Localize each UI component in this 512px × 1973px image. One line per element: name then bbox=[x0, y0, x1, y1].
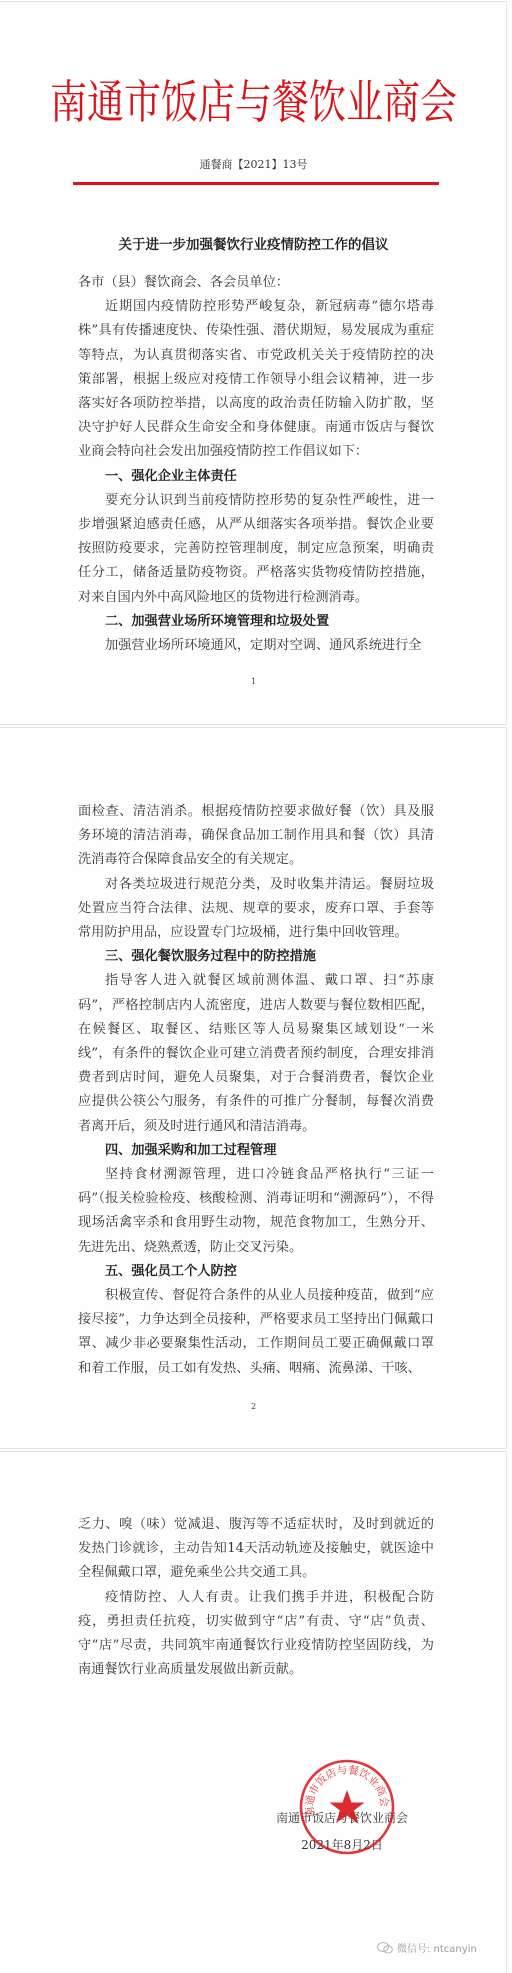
closing-paragraph: 疫情防控、人人有责。让我们携手并进，积极配合防疫，勇担责任抗疫，切实做到守“店”… bbox=[78, 1586, 434, 1683]
section-2-paragraph-start: 加强营业场所环境通风，定期对空调、通风系统进行全 bbox=[78, 634, 434, 658]
page-number: 1 bbox=[0, 677, 507, 686]
section-2-paragraph-2: 对各类垃圾进行规范分类，及时收集并清运。餐厨垃圾处置应当符合法律、法规、规章的要… bbox=[78, 873, 434, 946]
page1-body: 各市（县）餐饮商会、各会员单位： 近期国内疫情防控形势严峻复杂，新冠病毒“德尔塔… bbox=[78, 271, 434, 658]
org-masthead: 南通市饭店与餐饮业商会 bbox=[0, 64, 507, 132]
wechat-watermark: 微信号: ntcanyin bbox=[377, 1940, 477, 1955]
document-page-2: 面检查、清洁消杀。根据疫情防控要求做好餐（饮）具及服务环境的清洁消毒，确保食品加… bbox=[0, 727, 507, 1449]
section-heading-4: 四、加强采购和加工过程管理 bbox=[78, 1139, 434, 1163]
salutation: 各市（县）餐饮商会、各会员单位： bbox=[78, 271, 434, 295]
watermark-text: 微信号: ntcanyin bbox=[397, 1940, 477, 1955]
section-3-paragraph: 指导客人进入就餐区域前测体温、戴口罩、扫“苏康码”，严格控制店内人流密度，进店人… bbox=[78, 969, 434, 1138]
official-seal-icon: 南通市饭店与餐饮业商会 bbox=[297, 1757, 397, 1857]
document-page-3: 乏力、嗅（味）觉减退、腹泻等不适症状时，及时到就近的发热门诊就诊，主动告知14天… bbox=[0, 1451, 507, 1973]
page2-body: 面检查、清洁消杀。根据疫情防控要求做好餐（饮）具及服务环境的清洁消毒，确保食品加… bbox=[78, 800, 434, 1381]
intro-paragraph: 近期国内疫情防控形势严峻复杂，新冠病毒“德尔塔毒株”具有传播速度快、传染性强、潜… bbox=[78, 295, 434, 464]
section-1-paragraph: 要充分认识到当前疫情防控形势的复杂性严峻性，进一步增强紧迫感责任感，从严从细落实… bbox=[78, 489, 434, 610]
section-5-paragraph-start: 积极宣传、督促符合条件的从业人员接种疫苗，做到“应接尽接”，力争达到全员接种，严… bbox=[78, 1284, 434, 1381]
section-heading-3: 三、强化餐饮服务过程中的防控措施 bbox=[78, 945, 434, 969]
page3-body: 乏力、嗅（味）觉减退、腹泻等不适症状时，及时到就近的发热门诊就诊，主动告知14天… bbox=[78, 1513, 434, 1682]
document-page-1: 南通市饭店与餐饮业商会 通餐商【2021】13号 关于进一步加强餐饮行业疫情防控… bbox=[0, 1, 507, 725]
document-number: 通餐商【2021】13号 bbox=[0, 156, 507, 172]
section-heading-2: 二、加强营业场所环境管理和垃圾处置 bbox=[78, 610, 434, 634]
section-heading-5: 五、强化员工个人防控 bbox=[78, 1260, 434, 1284]
section-4-paragraph: 坚持食材溯源管理，进口冷链食品严格执行“三证一码”（报关检验检疫、核酸检测、消毒… bbox=[78, 1163, 434, 1260]
page-number: 2 bbox=[0, 1402, 507, 1411]
section-2-paragraph-cont: 面检查、清洁消杀。根据疫情防控要求做好餐（饮）具及服务环境的清洁消毒，确保食品加… bbox=[78, 800, 434, 873]
section-heading-1: 一、强化企业主体责任 bbox=[78, 465, 434, 489]
masthead-divider bbox=[73, 182, 439, 185]
wechat-icon bbox=[377, 1942, 393, 1954]
section-5-paragraph-cont: 乏力、嗅（味）觉减退、腹泻等不适症状时，及时到就近的发热门诊就诊，主动告知14天… bbox=[78, 1513, 434, 1586]
document-title: 关于进一步加强餐饮行业疫情防控工作的倡议 bbox=[0, 233, 507, 253]
